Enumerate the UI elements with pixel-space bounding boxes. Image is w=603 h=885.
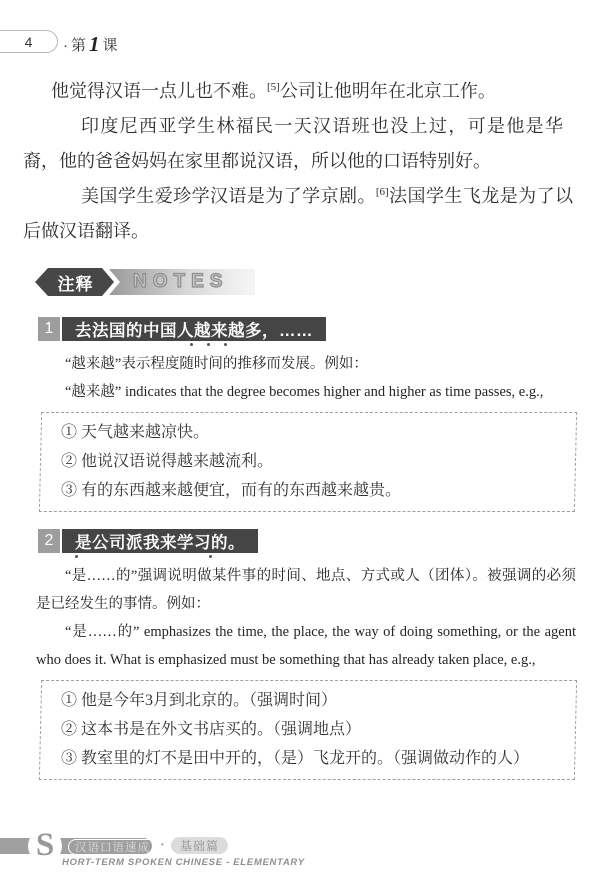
body-paragraph: 他觉得汉语一点儿也不难。[5]公司让他明年在北京工作。 — [23, 74, 573, 109]
note-2-title: 是公司派我来学习的。 — [62, 529, 258, 553]
series-english-title: HORT-TERM SPOKEN CHINESE - ELEMENTARY — [62, 857, 305, 868]
note-2-heading: 2 是公司派我来学习的。 — [38, 529, 603, 553]
header-dot: · — [63, 37, 68, 54]
paragraph-text: 印度尼西亚学生林福民一天汉语班也没上过，可是他是华裔，他的爸爸妈妈在家里都说汉语… — [23, 116, 563, 171]
footnote-marker: [6] — [376, 186, 389, 198]
note-1-example-box: ① 天气越来越凉快。② 他说汉语说得越来越流利。③ 有的东西越来越便宜，而有的东… — [39, 412, 577, 512]
page-header: 4 · 第 1 课 — [0, 30, 603, 53]
note-2-explanation: “是……的”强调说明做某件事的时间、地点、方式或人（团体）。被强调的必须是已经发… — [36, 562, 576, 674]
example-sentence: ② 这本书是在外文书店买的。（强调地点） — [61, 715, 567, 744]
lesson-label: · 第 1 课 — [63, 31, 118, 56]
footnote-marker: [5] — [267, 81, 280, 93]
series-logo-icon: S — [28, 829, 62, 863]
volume-capsule: 基础篇 — [171, 837, 228, 854]
notes-section-badge: NOTES 注释 — [35, 268, 255, 296]
example-sentence: ① 天气越来越凉快。 — [61, 418, 567, 447]
explanation-chinese: “是……的”强调说明做某件事的时间、地点、方式或人（团体）。被强调的必须是已经发… — [36, 562, 576, 618]
lesson-text: 他觉得汉语一点儿也不难。[5]公司让他明年在北京工作。 印度尼西亚学生林福民一天… — [23, 74, 573, 249]
explanation-english: “是……的” emphasizes the time, the place, t… — [36, 618, 576, 674]
note-2-example-box: ① 他是今年3月到北京的。（强调时间）② 这本书是在外文书店买的。（强调地点）③… — [39, 680, 577, 780]
paragraph-text: 公司让他明年在北京工作。 — [280, 81, 496, 101]
note-1-title: 去法国的中国人越来越多，…… — [62, 317, 326, 341]
explanation-english: “越来越” indicates that the degree becomes … — [36, 378, 576, 406]
explanation-chinese: “越来越”表示程度随时间的推移而发展。例如： — [36, 350, 576, 378]
footer-dot: · — [160, 838, 165, 854]
textbook-page: 4 · 第 1 课 他觉得汉语一点儿也不难。[5]公司让他明年在北京工作。 印度… — [0, 0, 603, 885]
series-title-capsule: 汉语口语速成 — [68, 839, 157, 855]
page-number: 4 — [25, 34, 33, 50]
body-paragraph: 美国学生爱珍学汉语是为了学京剧。[6]法国学生飞龙是为了以后做汉语翻译。 — [23, 179, 573, 249]
example-sentence: ① 他是今年3月到北京的。（强调时间） — [61, 686, 567, 715]
logo-letter: S — [36, 829, 54, 862]
notes-gradient-banner: NOTES — [109, 269, 255, 295]
paragraph-text: 他觉得汉语一点儿也不难。 — [51, 81, 267, 101]
note-2-number: 2 — [38, 529, 60, 553]
book-footer: 汉语口语速成 S · 基础篇 HORT-TERM SPOKEN CHINESE … — [0, 828, 603, 878]
notes-chinese-tag: 注释 — [35, 268, 114, 296]
note-1-heading: 1 去法国的中国人越来越多，…… — [38, 317, 603, 341]
example-sentence: ③ 有的东西越来越便宜，而有的东西越来越贵。 — [61, 476, 567, 505]
note-1-number: 1 — [38, 317, 60, 341]
page-number-pill: 4 — [0, 30, 58, 53]
example-sentence: ③ 教室里的灯不是田中开的，（是）飞龙开的。（强调做动作的人） — [61, 744, 567, 773]
note-1-explanation: “越来越”表示程度随时间的推移而发展。例如： “越来越” indicates t… — [36, 350, 576, 406]
lesson-number: 1 — [89, 32, 100, 57]
example-sentence: ② 他说汉语说得越来越流利。 — [61, 447, 567, 476]
lesson-suffix: 课 — [103, 34, 118, 55]
body-paragraph: 印度尼西亚学生林福民一天汉语班也没上过，可是他是华裔，他的爸爸妈妈在家里都说汉语… — [23, 109, 573, 179]
paragraph-text: 美国学生爱珍学汉语是为了学京剧。 — [81, 186, 376, 206]
notes-english-label: NOTES — [109, 271, 228, 293]
notes-chinese-label: 注释 — [50, 270, 100, 295]
lesson-prefix: 第 — [71, 34, 86, 55]
